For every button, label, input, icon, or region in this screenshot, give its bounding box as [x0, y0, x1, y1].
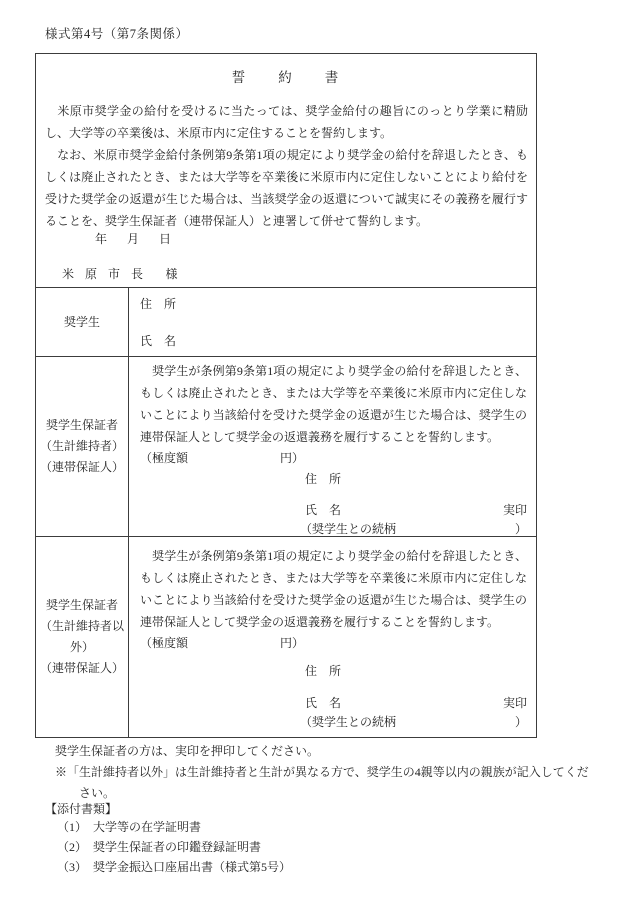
attachment-item-3: （3） 奨学金振込口座届出書（様式第5号） — [57, 858, 291, 875]
guarantor2-name-line: 氏 名 実印 — [305, 694, 527, 713]
guarantor1-relation-close: ） — [515, 520, 527, 536]
guarantor1-address-label: 住 所 — [305, 470, 527, 489]
guarantor2-address-label: 住 所 — [305, 662, 527, 681]
guarantor1-limit-unit: 円） — [280, 451, 304, 465]
guarantor2-row-label: 奨学生保証者 （生計維持者以 外） （連帯保証人） — [36, 537, 129, 737]
pledge-body: 米原市奨学金の給付を受けるに当たっては、奨学金給付の趣旨にのっとり学業に精励し、… — [36, 100, 536, 232]
guarantor2-row-fields: 奨学生が条例第9条第1項の規定により奨学金の給付を辞退したとき、もしくは廃止され… — [129, 537, 536, 737]
guarantor1-row-fields: 奨学生が条例第9条第1項の規定により奨学金の給付を辞退したとき、もしくは廃止され… — [129, 357, 536, 536]
guarantor2-limit-line: （極度額円） — [140, 634, 527, 653]
guarantor1-relation-label: （奨学生との続柄 — [300, 520, 396, 536]
guarantor2-seal-label: 実印 — [503, 694, 527, 713]
guarantor1-seal-label: 実印 — [503, 501, 527, 520]
table-row-guarantor-2: 奨学生保証者 （生計維持者以 外） （連帯保証人） 奨学生が条例第9条第1項の規… — [36, 536, 536, 737]
guarantor1-limit-line: （極度額円） — [140, 449, 527, 468]
table-row-student: 奨学生 住 所 氏 名 — [36, 288, 536, 356]
guarantor2-relation-close: ） — [515, 713, 527, 732]
student-address-label: 住 所 — [140, 294, 527, 314]
form-number-label: 様式第4号（第7条関係） — [45, 24, 189, 42]
guarantor2-relation-line: （奨学生との続柄 ） — [300, 713, 527, 732]
date-line: 年 月 日 — [95, 230, 175, 247]
guarantor2-name-label: 氏 名 — [305, 694, 341, 713]
student-row-label: 奨学生 — [36, 288, 129, 356]
guarantor1-name-line: 氏 名 実印 — [305, 501, 527, 520]
guarantor1-limit-label: （極度額 — [140, 451, 188, 465]
note-seal: 奨学生保証者の方は、実印を押印してください。 — [55, 742, 319, 759]
attachment-item-1: （1） 大学等の在学証明書 — [57, 818, 201, 835]
guarantor1-relation-line: （奨学生との続柄 ） — [300, 520, 527, 536]
table-row-guarantor-1: 奨学生保証者 （生計維持者） （連帯保証人） 奨学生が条例第9条第1項の規定によ… — [36, 356, 536, 536]
pledge-top-section: 誓 約 書 米原市奨学金の給付を受けるに当たっては、奨学金給付の趣旨にのっとり学… — [36, 54, 536, 288]
guarantor2-limit-label: （極度額 — [140, 636, 188, 650]
pledge-paragraph-2: なお、米原市奨学金給付条例第9条第1項の規定により奨学金の給付を辞退したとき、も… — [45, 144, 528, 232]
guarantor2-pledge-text: 奨学生が条例第9条第1項の規定により奨学金の給付を辞退したとき、もしくは廃止され… — [140, 545, 527, 633]
guarantor2-limit-unit: 円） — [280, 636, 304, 650]
addressee-line: 米 原 市 長 様 — [62, 265, 177, 282]
student-name-label: 氏 名 — [140, 331, 527, 351]
note-livelihood: ※「生計維持者以外」は生計維持者と生計が異なる方で、奨学生の4親等以内の親族が記… — [55, 762, 615, 803]
guarantor1-name-label: 氏 名 — [305, 501, 341, 520]
guarantor1-row-label: 奨学生保証者 （生計維持者） （連帯保証人） — [36, 357, 129, 536]
document-title: 誓 約 書 — [36, 66, 536, 86]
pledge-paragraph-1: 米原市奨学金の給付を受けるに当たっては、奨学金給付の趣旨にのっとり学業に精励し、… — [45, 100, 528, 144]
attachments-header: 【添付書類】 — [45, 800, 117, 817]
guarantor1-pledge-text: 奨学生が条例第9条第1項の規定により奨学金の給付を辞退したとき、もしくは廃止され… — [140, 360, 527, 448]
signature-table: 奨学生 住 所 氏 名 奨学生保証者 （生計維持者） （連帯保証人） 奨学生が条… — [36, 288, 536, 737]
guarantor2-relation-label: （奨学生との続柄 — [300, 713, 396, 732]
document-page: 様式第4号（第7条関係） 誓 約 書 米原市奨学金の給付を受けるに当たっては、奨… — [0, 0, 630, 903]
attachment-item-2: （2） 奨学生保証者の印鑑登録証明書 — [57, 838, 261, 855]
student-row-fields: 住 所 氏 名 — [129, 288, 536, 356]
pledge-box: 誓 約 書 米原市奨学金の給付を受けるに当たっては、奨学金給付の趣旨にのっとり学… — [35, 53, 537, 738]
